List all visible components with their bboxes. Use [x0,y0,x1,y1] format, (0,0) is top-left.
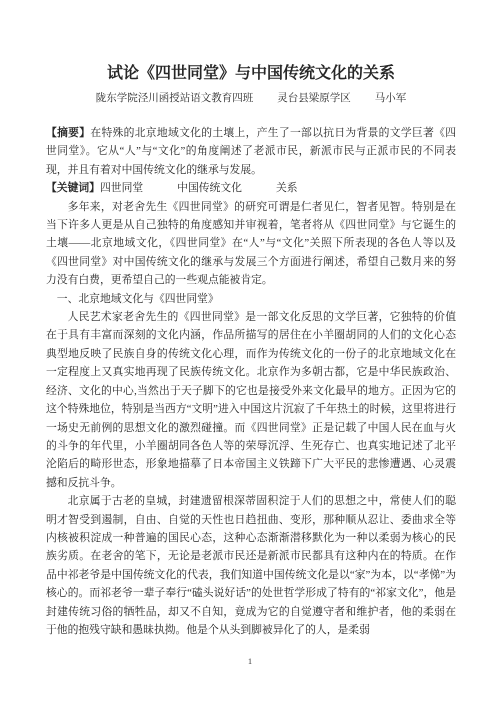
section1-paragraph-2: 北京属于古老的皇城，封建遗留根深蒂固积淀于人们的思想之中，常使人们的聪明才智受到… [46,492,456,639]
page-title: 试论《四世同堂》与中国传统文化的关系 [46,63,456,85]
author-name: 马小军 [375,92,407,106]
abstract-text: 在特殊的北京地域文化的土壤上，产生了一部以抗日为背景的文学巨著《四世同堂》。它从… [46,127,456,176]
intro-paragraph: 多年来，对老舍先生《四世同堂》的研究可谓是仁者见仁，智者见智。特别是在当下许多人… [46,198,456,290]
author-school: 灵台县梁原学区 [277,92,351,106]
document-page: 试论《四世同堂》与中国传统文化的关系 陇东学院泾川函授站语文教育四班 灵台县梁原… [0,0,500,707]
author-affiliation: 陇东学院泾川函授站语文教育四班 [96,92,254,106]
section-heading-1: 一、北京地域文化与《四世同堂》 [46,290,456,308]
keywords-label: 【关键词】 [46,182,100,194]
abstract-paragraph: 【摘要】在特殊的北京地域文化的土壤上，产生了一部以抗日为背景的文学巨著《四世同堂… [46,124,456,179]
keyword-item: 四世同堂 [100,182,143,194]
keywords-line: 【关键词】四世同堂中国传统文化关系 [46,179,456,197]
section1-paragraph-1: 人民艺术家老舍先生的《四世同堂》是一部文化反思的文学巨著，它独特的价值在于具有丰… [46,308,456,492]
keyword-item: 关系 [276,182,298,194]
author-line: 陇东学院泾川函授站语文教育四班 灵台县梁原学区 马小军 [46,92,456,106]
abstract-label: 【摘要】 [46,127,90,139]
keyword-item: 中国传统文化 [177,182,242,194]
page-number: 1 [0,656,500,666]
